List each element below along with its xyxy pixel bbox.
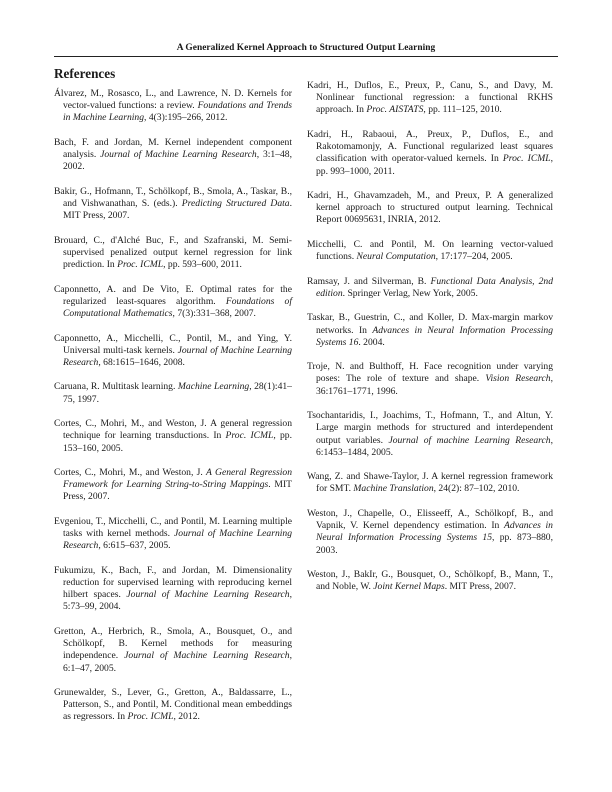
reference-entry: Tsochantaridis, I., Joachims, T., Hofman… bbox=[307, 410, 553, 459]
reference-venue: Proc. ICML bbox=[117, 259, 163, 270]
reference-text: , pp. 111–125, 2010. bbox=[423, 104, 501, 115]
reference-entry: Bach, F. and Jordan, M. Kernel independe… bbox=[54, 137, 292, 174]
reference-venue: Journal of machine Learning Research bbox=[388, 435, 550, 446]
reference-venue: Proc. ICML bbox=[503, 153, 551, 164]
reference-entry: Wang, Z. and Shawe-Taylor, J. A kernel r… bbox=[307, 471, 553, 495]
reference-text: , 4(3):195–266, 2012. bbox=[144, 112, 227, 123]
reference-entry: Grunewalder, S., Lever, G., Gretton, A.,… bbox=[54, 687, 292, 724]
reference-venue: Machine Translation bbox=[353, 483, 433, 494]
reference-text: , 17:177–204, 2005. bbox=[436, 251, 513, 262]
reference-text: Caruana, R. Multitask learning. bbox=[54, 381, 178, 392]
running-title: A Generalized Kernel Approach to Structu… bbox=[54, 43, 558, 53]
reference-entry: Brouard, C., d'Alché Buc, F., and Szafra… bbox=[54, 235, 292, 272]
reference-venue: Proc. ICML bbox=[127, 711, 173, 722]
reference-venue: Joint Kernel Maps bbox=[373, 581, 444, 592]
reference-list-right: Kadri, H., Duflos, E., Preux, P., Canu, … bbox=[307, 80, 553, 593]
reference-entry: Fukumizu, K., Bach, F., and Jordan, M. D… bbox=[54, 565, 292, 614]
references-left-column: References Álvarez, M., Rosasco, L., and… bbox=[54, 64, 292, 736]
reference-venue: Proc. ICML bbox=[226, 430, 274, 441]
reference-entry: Álvarez, M., Rosasco, L., and Lawrence, … bbox=[54, 88, 292, 125]
reference-entry: Evgeniou, T., Micchelli, C., and Pontil,… bbox=[54, 516, 292, 553]
reference-entry: Caponnetto, A. and De Vito, E. Optimal r… bbox=[54, 284, 292, 321]
reference-text: Ramsay, J. and Silverman, B. bbox=[307, 276, 430, 287]
reference-text: Kadri, H., Ghavamzadeh, M., and Preux, P… bbox=[307, 190, 553, 225]
reference-venue: Journal of Machine Learning Research bbox=[124, 650, 289, 661]
reference-text: , 7(3):331–368, 2007. bbox=[173, 308, 256, 319]
reference-entry: Troje, N. and Bulthoff, H. Face recognit… bbox=[307, 361, 553, 398]
header-rule bbox=[54, 56, 558, 57]
reference-entry: Bakir, G., Hofmann, T., Schölkopf, B., S… bbox=[54, 186, 292, 223]
reference-entry: Weston, J., Chapelle, O., Elisseeff, A.,… bbox=[307, 508, 553, 557]
reference-venue: Neural Computation bbox=[357, 251, 436, 262]
reference-venue: Journal of Machine Learning Research bbox=[126, 589, 289, 600]
reference-entry: Cortes, C., Mohri, M., and Weston, J. A … bbox=[54, 418, 292, 455]
reference-text: , 2012. bbox=[174, 711, 200, 722]
reference-entry: Kadri, H., Duflos, E., Preux, P., Canu, … bbox=[307, 80, 553, 117]
reference-venue: Machine Learning bbox=[178, 381, 249, 392]
reference-text: . 2004. bbox=[358, 337, 384, 348]
reference-entry: Caruana, R. Multitask learning. Machine … bbox=[54, 381, 292, 405]
reference-venue: Vision Research bbox=[485, 373, 550, 384]
reference-text: , 68:1615–1646, 2008. bbox=[98, 357, 185, 368]
reference-entry: Cortes, C., Mohri, M., and Weston, J. A … bbox=[54, 467, 292, 504]
reference-entry: Ramsay, J. and Silverman, B. Functional … bbox=[307, 276, 553, 300]
reference-text: . MIT Press, 2007. bbox=[445, 581, 516, 592]
section-title-references: References bbox=[54, 66, 292, 82]
reference-entry: Weston, J., BakIr, G., Bousquet, O., Sch… bbox=[307, 569, 553, 593]
reference-text: , pp. 593–600, 2011. bbox=[163, 259, 242, 270]
reference-venue: Predicting Structured Data bbox=[182, 198, 290, 209]
reference-list-left: Álvarez, M., Rosasco, L., and Lawrence, … bbox=[54, 88, 292, 724]
reference-text: , 24(2): 87–102, 2010. bbox=[434, 483, 520, 494]
references-right-column: Kadri, H., Duflos, E., Preux, P., Canu, … bbox=[307, 80, 553, 606]
reference-entry: Kadri, H., Rabaoui, A., Preux, P., Duflo… bbox=[307, 129, 553, 178]
reference-entry: Kadri, H., Ghavamzadeh, M., and Preux, P… bbox=[307, 190, 553, 227]
reference-entry: Taskar, B., Guestrin, C., and Koller, D.… bbox=[307, 312, 553, 349]
reference-text: Cortes, C., Mohri, M., and Weston, J. bbox=[54, 467, 206, 478]
reference-text: , 6:615–637, 2005. bbox=[98, 540, 170, 551]
reference-entry: Micchelli, C. and Pontil, M. On learning… bbox=[307, 239, 553, 263]
reference-venue: Proc. AISTATS bbox=[366, 104, 423, 115]
reference-venue: Journal of Machine Learning Research bbox=[100, 149, 257, 160]
reference-entry: Caponnetto, A., Micchelli, C., Pontil, M… bbox=[54, 333, 292, 370]
reference-text: . Springer Verlag, New York, 2005. bbox=[343, 288, 478, 299]
reference-entry: Gretton, A., Herbrich, R., Smola, A., Bo… bbox=[54, 626, 292, 675]
